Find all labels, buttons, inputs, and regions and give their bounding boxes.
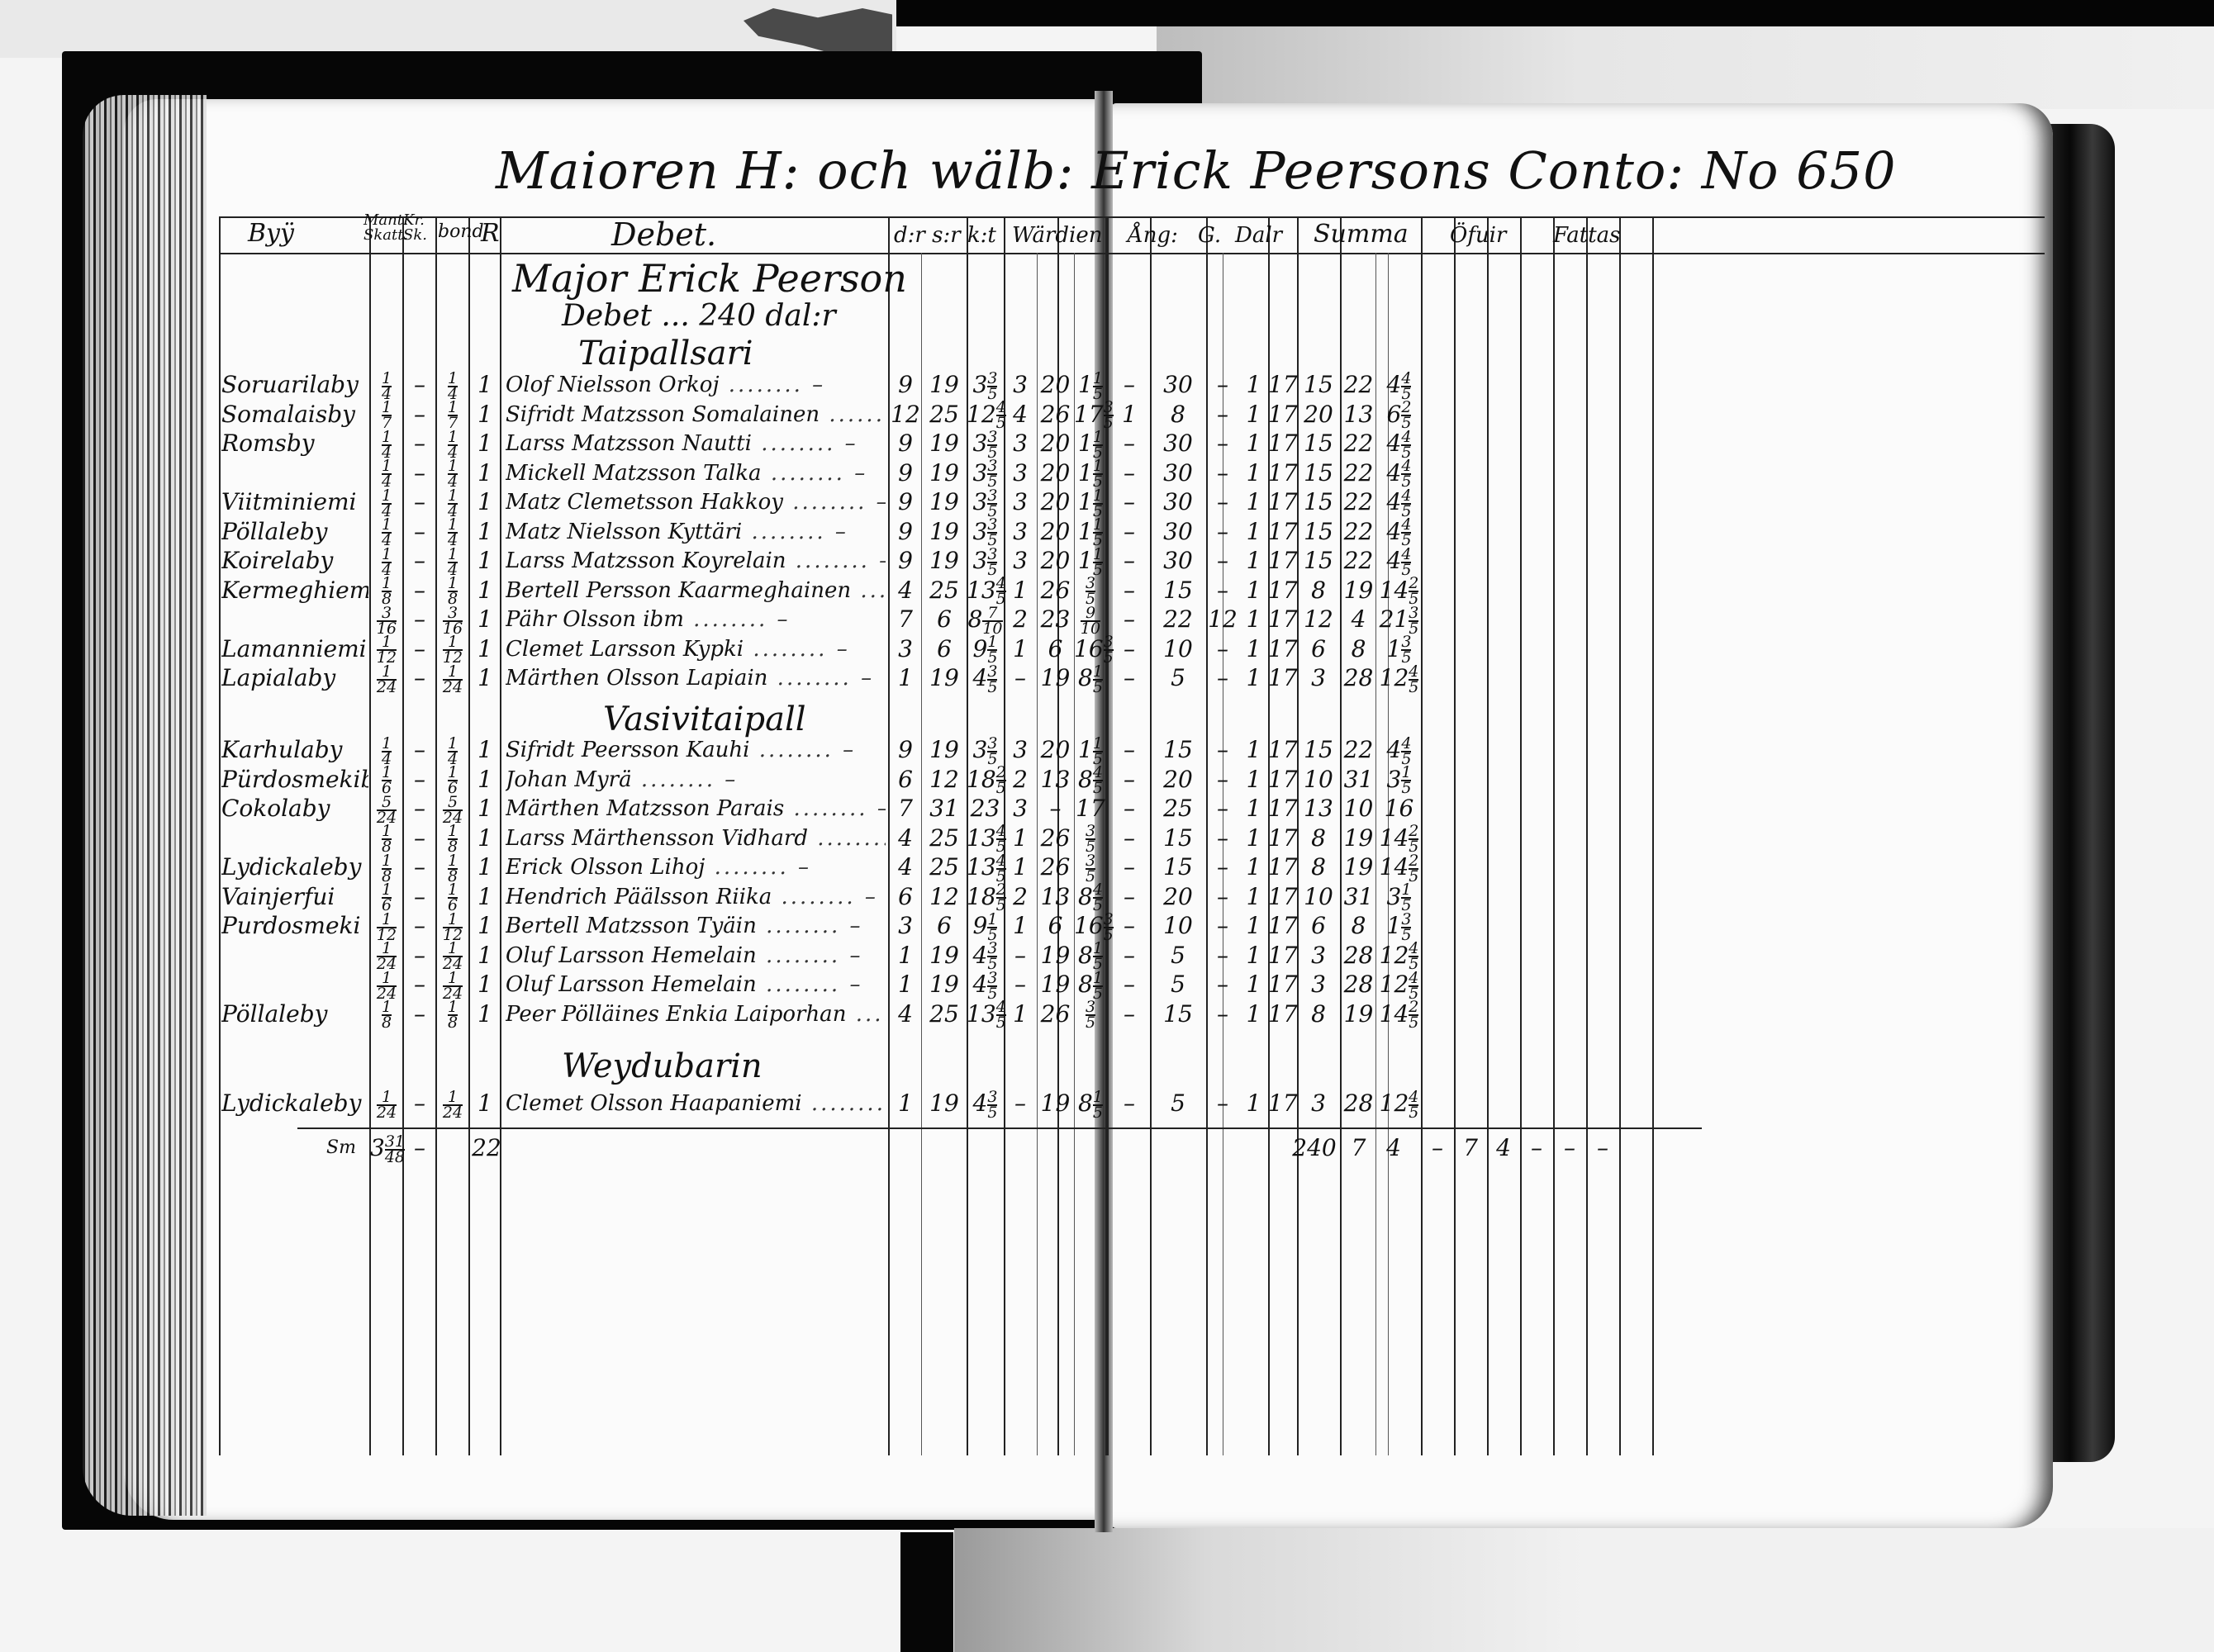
taxpayer-name-text: Erick Olsson Lihoj — [506, 855, 705, 880]
summa-1: 17 — [1268, 1089, 1297, 1118]
bond-fraction: 524 — [437, 794, 468, 825]
mantal-fraction: 14 — [371, 517, 402, 548]
wardien-1: 3 — [1004, 794, 1037, 824]
bond-fraction: 14 — [437, 458, 468, 490]
g2-value: – — [1206, 517, 1239, 547]
skilling-fraction: 335 — [967, 458, 1004, 490]
skilling-fraction: 335 — [967, 517, 1004, 548]
ledger-row: 124–1241Oluf Larsson Hemelain ........ –… — [0, 941, 2214, 971]
summa-1: 17 — [1268, 487, 1297, 517]
g-value: 5 — [1150, 970, 1206, 999]
ledger-row: Lapialaby124–1241Märthen Olsson Lapiain … — [0, 663, 2214, 693]
col-header-summa: Summa — [1314, 220, 1409, 249]
leader-dots: ........ – — [851, 578, 886, 603]
krono-value: – — [404, 517, 435, 547]
mantal-fraction: 18 — [371, 999, 402, 1031]
summa-2: 15 — [1297, 458, 1340, 488]
krono-value: – — [404, 429, 435, 458]
leader-dots: ........ – — [762, 461, 868, 486]
krono-value: – — [404, 794, 435, 824]
taxpayer-name: Matz Nielsson Kyttäri ........ – — [506, 517, 886, 547]
summa-1: 17 — [1268, 517, 1297, 547]
g-value: 5 — [1150, 1089, 1206, 1118]
summa-3: 10 — [1340, 794, 1377, 824]
summa-1: 17 — [1268, 824, 1297, 853]
household-count: 1 — [470, 517, 500, 547]
g2-value: – — [1206, 576, 1239, 605]
skilling-fraction: 435 — [967, 941, 1004, 972]
summa-3: 19 — [1340, 999, 1377, 1029]
summa-2: 8 — [1297, 576, 1340, 605]
col-header-ofuir: Öfuir — [1450, 223, 1506, 248]
ledger-row: Karhulaby14–141Sifridt Peersson Kauhi ..… — [0, 735, 2214, 765]
wardien-2: 19 — [1037, 663, 1074, 693]
summa-1: 17 — [1268, 735, 1297, 765]
krono-value: – — [404, 765, 435, 795]
wardien-3: 115 — [1074, 458, 1107, 490]
summa-4: 445 — [1377, 517, 1421, 548]
ang-value: – — [1109, 517, 1150, 547]
leader-dots: ........ – — [846, 1002, 886, 1027]
summa-2: 8 — [1297, 824, 1340, 853]
summa-1: 17 — [1268, 634, 1297, 664]
summa-1: 17 — [1268, 458, 1297, 488]
taxpayer-name: Oluf Larsson Hemelain ........ – — [506, 941, 886, 971]
wardien-1: 2 — [1004, 882, 1037, 912]
daler-value: 1 — [890, 941, 921, 971]
ang-value: – — [1109, 824, 1150, 853]
g-value: 15 — [1150, 824, 1206, 853]
leader-dots: ........ – — [749, 738, 856, 762]
bond-fraction: 14 — [437, 429, 468, 460]
summa-1: 17 — [1268, 941, 1297, 971]
daler-value: 1 — [890, 970, 921, 999]
household-count: 1 — [470, 941, 500, 971]
ledger-row: Pöllaleby14–141Matz Nielsson Kyttäri ...… — [0, 517, 2214, 547]
wardien-1: 4 — [1004, 400, 1037, 430]
bond-fraction: 316 — [437, 605, 468, 636]
ledger-row: Koirelaby14–141Larss Matzsson Koyrelain … — [0, 546, 2214, 576]
wardien-1: 3 — [1004, 735, 1037, 765]
ang-value: – — [1109, 634, 1150, 664]
summa-1: 17 — [1268, 546, 1297, 576]
household-count: 1 — [470, 824, 500, 853]
g2-value: – — [1206, 970, 1239, 999]
summa-1: 17 — [1268, 882, 1297, 912]
header-rule-top — [219, 216, 2045, 218]
wardien-3: 115 — [1074, 370, 1107, 401]
totals-krono: – — [404, 1133, 435, 1163]
wardien-1: 3 — [1004, 458, 1037, 488]
krono-value: – — [404, 999, 435, 1029]
leader-dots: ........ – — [767, 666, 874, 691]
g-value: 30 — [1150, 487, 1206, 517]
summa-2: 3 — [1297, 663, 1340, 693]
g-value: 30 — [1150, 370, 1206, 400]
daler-value: 4 — [890, 999, 921, 1029]
summa-1: 17 — [1268, 999, 1297, 1029]
household-count: 1 — [470, 735, 500, 765]
bond-fraction: 14 — [437, 517, 468, 548]
skilling-value: 12 — [923, 882, 966, 912]
skilling-fraction: 1825 — [967, 765, 1004, 796]
summa-4: 445 — [1377, 429, 1421, 460]
wardien-1: 2 — [1004, 765, 1037, 795]
daler-value: 9 — [890, 458, 921, 488]
mantal-fraction: 124 — [371, 1089, 402, 1120]
ang-value: 1 — [1109, 400, 1150, 430]
skilling-fraction: 1345 — [967, 852, 1004, 884]
wardien-2: 20 — [1037, 487, 1074, 517]
summa-2: 3 — [1297, 1089, 1340, 1118]
village-name: Lamanniemi — [221, 634, 368, 664]
mantal-fraction: 14 — [371, 458, 402, 490]
wardien-3: 115 — [1074, 517, 1107, 548]
krono-value: – — [404, 1089, 435, 1118]
leader-dots: ........ – — [705, 855, 811, 880]
bond-fraction: 18 — [437, 852, 468, 884]
bond-fraction: 14 — [437, 546, 468, 577]
wardien-1: – — [1004, 663, 1037, 693]
village-name: Pöllaleby — [221, 999, 368, 1029]
summa-2: 10 — [1297, 882, 1340, 912]
scan-background — [954, 1528, 2214, 1652]
totals-summa-ore: 7 — [1340, 1133, 1377, 1163]
taxpayer-name-text: Märthen Olsson Lapiain — [506, 666, 767, 691]
wardien-3: 35 — [1074, 824, 1107, 855]
totals-rule — [297, 1127, 1702, 1129]
ledger-row: Cokolaby524–5241Märthen Matzsson Parais … — [0, 794, 2214, 824]
wardien-2: 26 — [1037, 999, 1074, 1029]
krono-value: – — [404, 487, 435, 517]
skilling-value: 31 — [923, 794, 966, 824]
wardien-2: 20 — [1037, 429, 1074, 458]
wardien-2: 26 — [1037, 852, 1074, 882]
wardien-3: 1635 — [1074, 911, 1107, 942]
household-count: 1 — [470, 794, 500, 824]
household-count: 1 — [470, 999, 500, 1029]
daly-value: 1 — [1239, 517, 1268, 547]
summa-1: 17 — [1268, 970, 1297, 999]
g2-value: – — [1206, 765, 1239, 795]
g2-value: 12 — [1206, 605, 1239, 634]
daly-value: 1 — [1239, 970, 1268, 999]
daler-value: 4 — [890, 852, 921, 882]
mantal-fraction: 524 — [371, 794, 402, 825]
taxpayer-name-text: Bertell Matzsson Tyäin — [506, 914, 757, 938]
wardien-3: 1635 — [1074, 634, 1107, 666]
taxpayer-name-text: Matz Nielsson Kyttäri — [506, 520, 742, 544]
summa-2: 10 — [1297, 765, 1340, 795]
summa-4: 1245 — [1377, 970, 1421, 1001]
mantal-fraction: 14 — [371, 487, 402, 519]
g-value: 10 — [1150, 911, 1206, 941]
mantal-fraction: 124 — [371, 663, 402, 695]
wardien-3: 815 — [1074, 941, 1107, 972]
col-header-fattas: Fattas — [1553, 223, 1621, 248]
mantal-fraction: 14 — [371, 735, 402, 767]
bond-fraction: 17 — [437, 400, 468, 431]
taxpayer-name-text: Mickell Matzsson Talka — [506, 461, 762, 486]
leader-dots: ........ – — [757, 943, 863, 968]
household-count: 1 — [470, 765, 500, 795]
summa-2: 3 — [1297, 970, 1340, 999]
summa-1: 17 — [1268, 576, 1297, 605]
krono-value: – — [404, 663, 435, 693]
daly-value: 1 — [1239, 941, 1268, 971]
taxpayer-name-text: Larss Märthensson Vidhard — [506, 826, 808, 851]
taxpayer-name: Peer Pölläines Enkia Laiporhan ........ … — [506, 999, 886, 1029]
daler-value: 7 — [890, 794, 921, 824]
taxpayer-name-text: Sifridt Matzsson Somalainen — [506, 402, 820, 427]
bond-fraction: 124 — [437, 1089, 468, 1120]
taxpayer-name-text: Oluf Larsson Hemelain — [506, 943, 757, 968]
skilling-fraction: 1825 — [967, 882, 1004, 914]
skilling-value: 19 — [923, 941, 966, 971]
wardien-2: 6 — [1037, 634, 1074, 664]
household-count: 1 — [470, 1089, 500, 1118]
taxpayer-name-text: Clemet Olsson Haapaniemi — [506, 1091, 802, 1116]
leader-dots: ........ – — [720, 373, 826, 397]
g2-value: – — [1206, 429, 1239, 458]
bond-fraction: 14 — [437, 370, 468, 401]
ledger-row: Viitminiemi14–141Matz Clemetsson Hakkoy … — [0, 487, 2214, 517]
mantal-fraction: 16 — [371, 765, 402, 796]
ledger-row: Lydickaleby124–1241Clemet Olsson Haapani… — [0, 1089, 2214, 1118]
wardien-1: 2 — [1004, 605, 1037, 634]
ledger-row: 316–3161Pähr Olsson ibm ........ –768710… — [0, 605, 2214, 634]
g-value: 20 — [1150, 765, 1206, 795]
krono-value: – — [404, 882, 435, 912]
skilling-value: 19 — [923, 735, 966, 765]
wardien-3: 115 — [1074, 487, 1107, 519]
ang-value: – — [1109, 429, 1150, 458]
mantal-fraction: 14 — [371, 546, 402, 577]
daly-value: 1 — [1239, 911, 1268, 941]
summa-1: 17 — [1268, 852, 1297, 882]
wardien-2: 19 — [1037, 1089, 1074, 1118]
taxpayer-name: Sifridt Peersson Kauhi ........ – — [506, 735, 886, 765]
wardien-1: – — [1004, 970, 1037, 999]
village-name: Somalaisby — [221, 400, 368, 430]
section-heading: Weydubarin — [562, 1047, 763, 1085]
skilling-value: 19 — [923, 546, 966, 576]
taxpayer-name-text: Matz Clemetsson Hakkoy — [506, 490, 783, 515]
krono-value: – — [404, 576, 435, 605]
leader-dots: ........ – — [752, 431, 858, 456]
summa-4: 135 — [1377, 634, 1421, 666]
summa-4: 315 — [1377, 882, 1421, 914]
household-count: 1 — [470, 458, 500, 488]
summa-2: 6 — [1297, 911, 1340, 941]
skilling-fraction: 915 — [967, 634, 1004, 666]
mantal-fraction: 316 — [371, 605, 402, 636]
daly-value: 1 — [1239, 852, 1268, 882]
totals-row: Sm33148–2224074–74––– — [0, 1133, 2214, 1163]
ledger-row: Vainjerfui16–161Hendrich Päälsson Riika … — [0, 882, 2214, 912]
g2-value: – — [1206, 999, 1239, 1029]
col-header-g: G. — [1198, 223, 1221, 248]
daly-value: 1 — [1239, 735, 1268, 765]
summa-1: 17 — [1268, 663, 1297, 693]
totals-count: 22 — [470, 1133, 503, 1163]
g2-value: – — [1206, 882, 1239, 912]
wardien-1: 1 — [1004, 576, 1037, 605]
wardien-2: 6 — [1037, 911, 1074, 941]
g2-value: – — [1206, 794, 1239, 824]
wardien-1: – — [1004, 941, 1037, 971]
summa-3: 22 — [1340, 429, 1377, 458]
summa-3: 31 — [1340, 882, 1377, 912]
taxpayer-name: Märthen Olsson Lapiain ........ – — [506, 663, 886, 693]
wardien-3: 35 — [1074, 852, 1107, 884]
ang-value: – — [1109, 487, 1150, 517]
g-value: 15 — [1150, 735, 1206, 765]
g2-value: – — [1206, 735, 1239, 765]
taxpayer-name-text: Olof Nielsson Orkoj — [506, 373, 720, 397]
skilling-value: 19 — [923, 517, 966, 547]
summa-3: 22 — [1340, 458, 1377, 488]
wardien-2: 13 — [1037, 882, 1074, 912]
daly-value: 1 — [1239, 370, 1268, 400]
wardien-1: 3 — [1004, 370, 1037, 400]
daly-value: 1 — [1239, 487, 1268, 517]
wardien-1: 3 — [1004, 517, 1037, 547]
wardien-3: 815 — [1074, 663, 1107, 695]
summa-4: 625 — [1377, 400, 1421, 431]
wardien-2: 23 — [1037, 605, 1074, 634]
ang-value: – — [1109, 999, 1150, 1029]
wardien-3: 115 — [1074, 429, 1107, 460]
summa-2: 6 — [1297, 634, 1340, 664]
wardien-3: 845 — [1074, 882, 1107, 914]
summa-4: 445 — [1377, 546, 1421, 577]
bond-fraction: 16 — [437, 765, 468, 796]
wardien-2: 20 — [1037, 517, 1074, 547]
taxpayer-name-text: Larss Matzsson Koyrelain — [506, 548, 786, 573]
ang-value: – — [1109, 735, 1150, 765]
village-name: Vainjerfui — [221, 882, 368, 912]
g2-value: – — [1206, 546, 1239, 576]
summa-3: 22 — [1340, 517, 1377, 547]
leader-dots: ........ – — [786, 548, 886, 573]
village-name: Lydickaleby — [221, 1089, 368, 1118]
household-count: 1 — [470, 970, 500, 999]
household-count: 1 — [470, 487, 500, 517]
summa-4: 135 — [1377, 911, 1421, 942]
g2-value: – — [1206, 370, 1239, 400]
skilling-value: 12 — [923, 765, 966, 795]
daler-value: 9 — [890, 546, 921, 576]
summa-3: 4 — [1340, 605, 1377, 634]
g-value: 10 — [1150, 634, 1206, 664]
taxpayer-name: Sifridt Matzsson Somalainen ........ – — [506, 400, 886, 430]
ang-value: – — [1109, 605, 1150, 634]
skilling-value: 6 — [923, 911, 966, 941]
skilling-value: 25 — [923, 999, 966, 1029]
wardien-3: 815 — [1074, 1089, 1107, 1120]
village-name: Lydickaleby — [221, 852, 368, 882]
summa-3: 13 — [1340, 400, 1377, 430]
skilling-value: 19 — [923, 487, 966, 517]
g2-value: – — [1206, 400, 1239, 430]
daly-value: 1 — [1239, 663, 1268, 693]
skilling-value: 19 — [923, 429, 966, 458]
taxpayer-name: Pähr Olsson ibm ........ – — [506, 605, 886, 634]
wardien-3: 845 — [1074, 765, 1107, 796]
bond-fraction: 112 — [437, 911, 468, 942]
summa-4: 1245 — [1377, 663, 1421, 695]
taxpayer-name-text: Clemet Larsson Kypki — [506, 637, 744, 662]
summa-4: 445 — [1377, 370, 1421, 401]
ledger-row: Lamanniemi112–1121Clemet Larsson Kypki .… — [0, 634, 2214, 664]
leader-dots: ........ – — [772, 885, 878, 909]
village-name: Pöllaleby — [221, 517, 368, 547]
daler-value: 9 — [890, 735, 921, 765]
wardien-2: – — [1037, 794, 1074, 824]
skilling-value: 19 — [923, 458, 966, 488]
ledger-row: Pürdosmekiby16–161Johan Myrä ........ –6… — [0, 765, 2214, 795]
g2-value: – — [1206, 663, 1239, 693]
ang-value: – — [1109, 458, 1150, 488]
daler-value: 9 — [890, 487, 921, 517]
summa-1: 17 — [1268, 911, 1297, 941]
skilling-fraction: 8710 — [967, 605, 1004, 636]
daler-value: 3 — [890, 911, 921, 941]
household-count: 1 — [470, 576, 500, 605]
daler-value: 3 — [890, 634, 921, 664]
bond-fraction: 18 — [437, 824, 468, 855]
summa-2: 15 — [1297, 487, 1340, 517]
ledger-row: Kermeghiemi18–181Bertell Persson Kaarmeg… — [0, 576, 2214, 605]
wardien-2: 20 — [1037, 735, 1074, 765]
skilling-fraction: 335 — [967, 546, 1004, 577]
daler-value: 4 — [890, 576, 921, 605]
household-count: 1 — [470, 546, 500, 576]
g2-value: – — [1206, 911, 1239, 941]
wardien-3: 910 — [1074, 605, 1107, 636]
wardien-3: 17 — [1074, 794, 1107, 824]
summa-2: 12 — [1297, 605, 1340, 634]
wardien-2: 26 — [1037, 824, 1074, 853]
taxpayer-name: Clemet Olsson Haapaniemi ........ – — [506, 1089, 886, 1118]
bond-fraction: 124 — [437, 970, 468, 1001]
g2-value: – — [1206, 824, 1239, 853]
skilling-value: 19 — [923, 663, 966, 693]
g-value: 30 — [1150, 517, 1206, 547]
col-header-mantal: Mant. Skatt. — [363, 213, 397, 243]
taxpayer-name-text: Sifridt Peersson Kauhi — [506, 738, 749, 762]
totals-ofuir-3: 4 — [1487, 1133, 1520, 1163]
totals-ofuir-2: 7 — [1454, 1133, 1487, 1163]
skilling-fraction: 335 — [967, 487, 1004, 519]
village-name: Romsby — [221, 429, 368, 458]
summa-3: 19 — [1340, 852, 1377, 882]
household-count: 1 — [470, 429, 500, 458]
skilling-value: 19 — [923, 970, 966, 999]
village-name: Kermeghiemi — [221, 576, 368, 605]
ang-value: – — [1109, 370, 1150, 400]
daly-value: 1 — [1239, 400, 1268, 430]
ledger-row: 18–181Larss Märthensson Vidhard ........… — [0, 824, 2214, 853]
wardien-2: 26 — [1037, 400, 1074, 430]
taxpayer-name-text: Pähr Olsson ibm — [506, 607, 684, 632]
col-header-bond: bond — [438, 221, 484, 242]
daly-value: 1 — [1239, 824, 1268, 853]
summa-2: 15 — [1297, 735, 1340, 765]
taxpayer-name-text: Johan Myrä — [506, 767, 632, 792]
wardien-1: 1 — [1004, 824, 1037, 853]
